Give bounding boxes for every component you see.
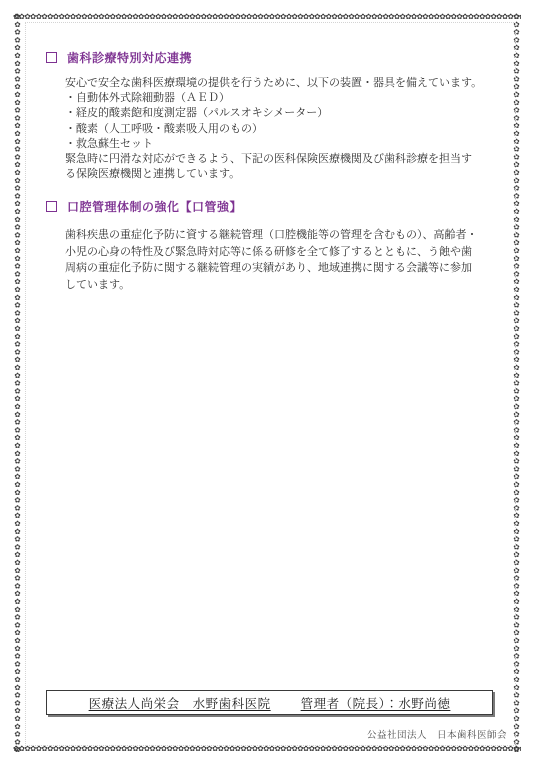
body-line: しています。 bbox=[65, 277, 502, 294]
body-line: 歯科疾患の重症化予防に資する継続管理（口腔機能等の管理を含むもの）、高齢者・ bbox=[65, 227, 502, 244]
decorative-border-right: ✿✿✿✿✿✿✿✿✿✿✿✿✿✿✿✿✿✿✿✿✿✿✿✿✿✿✿✿✿✿✿✿✿✿✿✿✿✿✿✿… bbox=[512, 12, 521, 753]
decorative-border-top: ✿✿✿✿✿✿✿✿✿✿✿✿✿✿✿✿✿✿✿✿✿✿✿✿✿✿✿✿✿✿✿✿✿✿✿✿✿✿✿✿… bbox=[13, 12, 521, 21]
body-line: 緊急時に円滑な対応ができるよう、下記の医科保険医療機関及び歯科診療を担当す bbox=[65, 152, 502, 167]
section-heading-oral-management: 口腔管理体制の強化【口管強】 bbox=[46, 198, 500, 215]
body-line: ・酸素（人工呼吸・酸素吸入用のもの） bbox=[65, 122, 502, 137]
publisher-credit: 公益社団法人 日本歯科医師会 bbox=[367, 727, 507, 741]
decorative-border-bottom: ✿✿✿✿✿✿✿✿✿✿✿✿✿✿✿✿✿✿✿✿✿✿✿✿✿✿✿✿✿✿✿✿✿✿✿✿✿✿✿✿… bbox=[13, 744, 521, 753]
body-line: 小児の心身の特性及び緊急時対応等に係る研修を全て修了するとともに、う蝕や歯 bbox=[65, 244, 502, 261]
clinic-name-box: 医療法人尚栄会 水野歯科医院 管理者（院長）：水野尚徳 bbox=[46, 690, 493, 715]
section-body-special-care: 安心で安全な歯科医療環境の提供を行うために、以下の装置・器具を備えています。 ・… bbox=[65, 76, 502, 182]
clinic-organization-name: 医療法人尚栄会 水野歯科医院 bbox=[85, 694, 275, 712]
body-line: ・経皮的酸素飽和度測定器（パルスオキシメーター） bbox=[65, 106, 502, 121]
decorative-border-left: ✿✿✿✿✿✿✿✿✿✿✿✿✿✿✿✿✿✿✿✿✿✿✿✿✿✿✿✿✿✿✿✿✿✿✿✿✿✿✿✿… bbox=[13, 12, 22, 753]
body-line: る保険医療機関と連携しています。 bbox=[65, 167, 502, 182]
section-body-oral-management: 歯科疾患の重症化予防に資する継続管理（口腔機能等の管理を含むもの）、高齢者・ 小… bbox=[65, 227, 502, 293]
section-heading-special-care: 歯科診療特別対応連携 bbox=[46, 49, 500, 66]
body-line: ・救急蘇生セット bbox=[65, 137, 502, 152]
body-line: 安心で安全な歯科医療環境の提供を行うために、以下の装置・器具を備えています。 bbox=[65, 76, 502, 91]
section-title: 歯科診療特別対応連携 bbox=[67, 49, 192, 66]
section-title: 口腔管理体制の強化【口管強】 bbox=[67, 198, 242, 215]
unchecked-checkbox-icon bbox=[46, 52, 57, 63]
unchecked-checkbox-icon bbox=[46, 201, 57, 212]
body-line: 周病の重症化予防に関する継続管理の実績があり、地域連携に関する会議等に参加 bbox=[65, 260, 502, 277]
document-page: ✿✿✿✿✿✿✿✿✿✿✿✿✿✿✿✿✿✿✿✿✿✿✿✿✿✿✿✿✿✿✿✿✿✿✿✿✿✿✿✿… bbox=[0, 0, 540, 764]
body-line: ・自動体外式除細動器（ＡＥＤ） bbox=[65, 91, 502, 106]
clinic-manager-name: 管理者（院長）：水野尚徳 bbox=[297, 694, 455, 712]
